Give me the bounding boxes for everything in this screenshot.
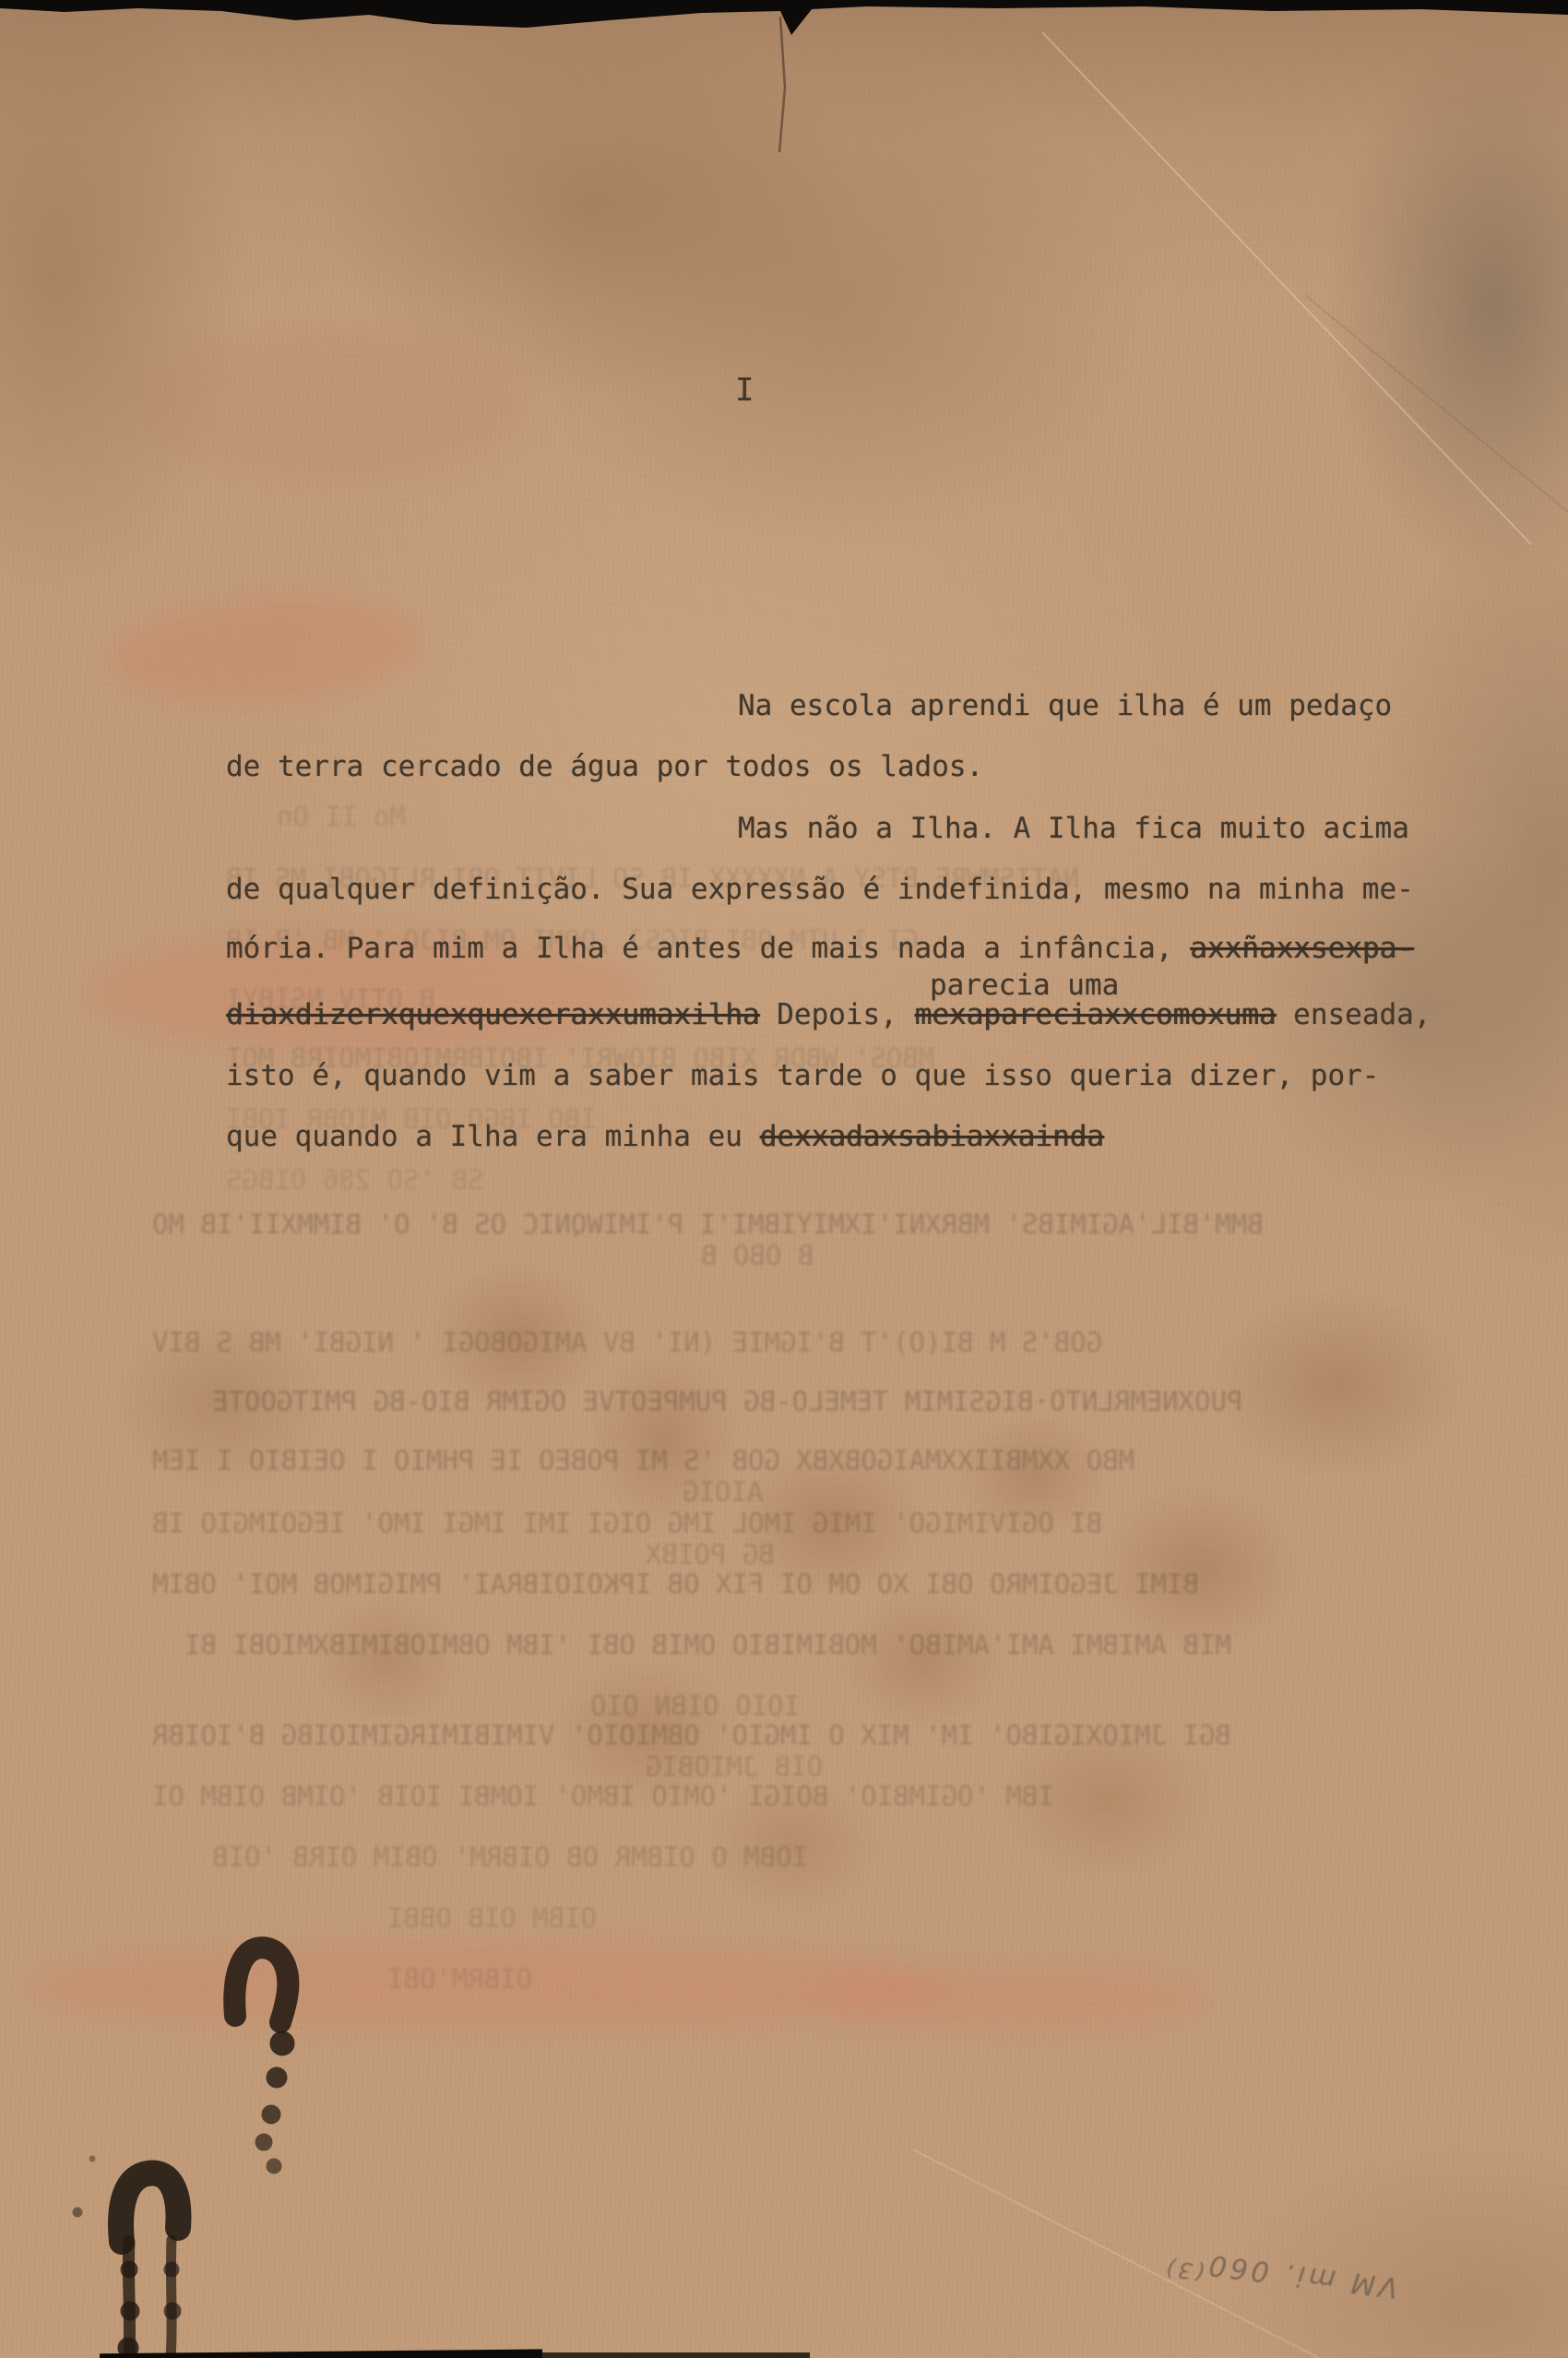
stain-smudge [108, 589, 428, 711]
typed-line: que quando a Ilha era minha eu dexxadaxs… [226, 1118, 1104, 1155]
typed-text: que quando a Ilha era minha eu [226, 1120, 760, 1153]
typed-line: Na escola aprendi que ilha é um pedaço [738, 687, 1392, 724]
typed-line: Mas não a Ilha. A Ilha fica muito acima [738, 810, 1409, 847]
torn-bottom-edge [542, 2352, 810, 2358]
typed-text: Mas não a Ilha. A Ilha fica muito acima [738, 812, 1409, 845]
ink-stain-lower [73, 2156, 181, 2358]
ghost-line: BG POIBX [646, 1539, 775, 1570]
crease-line [1042, 32, 1531, 544]
pencil-annotation-sup: (3) [1161, 2255, 1206, 2285]
struck-text: axxñaxxsexpa- [1190, 932, 1414, 965]
typed-line: de terra cercado de água por todos os la… [226, 748, 983, 785]
pencil-annotation-text: VM mi. 060 [1204, 2248, 1400, 2304]
ghost-line: BMM'BIL'AGIMIBS' MBRXNI'IXMIYIBMI'I P'IM… [152, 1209, 1264, 1240]
ghost-line: Mo II On [277, 801, 406, 832]
ghost-line: BGI JMIOXIGIBO' IM' MIX O IMGIO' OBMIOIO… [152, 1720, 1231, 1751]
ghost-line: BIMI JEGOIMRO OBI XO OM OI FIX OB IPKOIO… [152, 1568, 1199, 1600]
ghost-line: AIOIG [683, 1476, 763, 1507]
typed-text: Depois, [760, 998, 915, 1031]
typed-line: de qualquer definição. Sua expressão é i… [226, 871, 1414, 908]
ghost-line: B OBO B [701, 1240, 814, 1271]
ghost-line: OIBM OIB OBBI [387, 1902, 597, 1934]
ghost-line: OIB JMIOBIG [646, 1751, 823, 1782]
stain-smudge [821, 1967, 1208, 2031]
struck-text: mexapareciaxxcomoxuma [915, 998, 1277, 1031]
paper-tear [779, 17, 785, 152]
ghost-line: OIBRM'OBI [387, 1963, 532, 1995]
ghost-line: BI OGIVIMIGO' IMIG IMOL IMG OIGI IMI IMG… [152, 1507, 1102, 1539]
typed-text: enseada, [1277, 998, 1431, 1031]
ghost-line: IOBM O OIBMR OB OIBRM' OBIM OIRB 'OIB [212, 1841, 808, 1873]
typed-text: isto é, quando vim a saber mais tarde o … [226, 1059, 1379, 1092]
typed-text: de terra cercado de água por todos os la… [226, 750, 983, 783]
torn-top-edge [0, 0, 1568, 41]
typed-text: Na escola aprendi que ilha é um pedaço [738, 689, 1392, 722]
ghost-line: MIB AMIBMI AMI'AMIBO' MOBIMIBIO OMIB OBI… [184, 1629, 1231, 1661]
stain-smudge [138, 332, 526, 480]
ghost-line: GOB'S M BI(O)'T B'IGMIE (NI' BV AMIGOBOG… [152, 1327, 1102, 1358]
ghost-line: IOIO OIBN OIO [590, 1690, 800, 1721]
typed-line: mória. Para mim a Ilha é antes de mais n… [226, 930, 1414, 967]
section-numeral: I [735, 372, 754, 409]
torn-bottom-edge [100, 2347, 542, 2358]
ghost-line: IBM 'OGIMBIO' BOIGI 'OMIO IBMO' IOMBI IO… [152, 1780, 1054, 1812]
struck-text: dexxadaxsabiaxxainda [760, 1120, 1104, 1153]
crease-line [1305, 295, 1568, 512]
ghost-line: SB 'SO 286 OIBGS [226, 1164, 483, 1196]
ghost-line: PUOXNEMRLNTO·BIGSIMIM TEMELO-BG PUMPEOTV… [212, 1386, 1242, 1417]
typed-text: de qualquer definição. Sua expressão é i… [226, 873, 1414, 906]
ghost-line: MBO XXMBIIXXMAIGOBXBX GOB 'S MI POBEO IE… [152, 1445, 1134, 1476]
manuscript-page: Mo II OnNATISMWRE BTSY A NXXXXX IB SO LI… [0, 0, 1568, 2358]
typed-line: isto é, quando vim a saber mais tarde o … [226, 1057, 1379, 1094]
struck-text: diaxdizerxquexquexeraxxumaxilha [226, 998, 760, 1031]
pencil-annotation: VM mi. 060(3) [1047, 2174, 1406, 2309]
typed-text: mória. Para mim a Ilha é antes de mais n… [226, 932, 1190, 965]
typed-line: diaxdizerxquexquexeraxxumaxilha Depois, … [226, 996, 1431, 1033]
